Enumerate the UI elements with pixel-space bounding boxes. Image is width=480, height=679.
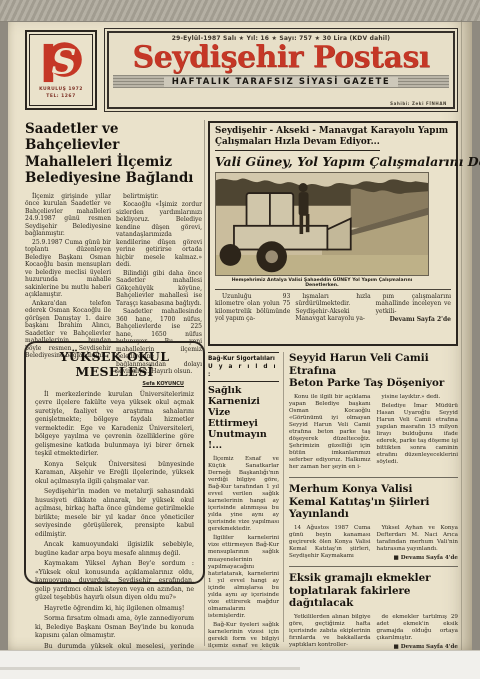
article-ekmek-col2: de ekmekler tartılmış 29 adet ekmek'in e… — [377, 614, 459, 651]
paragraph: Konya Selçuk Üniversitesi bünyesinde Kar… — [35, 461, 194, 486]
headline-line: Seyyid Harun Veli Camii Etrafına — [289, 352, 458, 377]
column-box-title: YÜKSEK OKUL MESELESİ — [35, 349, 194, 379]
photo-caption: Hemşehrimiz Antalya Valisi Şahaeddin GÜN… — [215, 278, 429, 288]
headline-line: Eksik gramajlı ekmekler — [289, 572, 458, 585]
headline-line: Merhum Konya Valisi — [289, 483, 458, 496]
paragraph: lışmaları hızla sürdürülmektedir. Seydiş… — [295, 293, 370, 323]
paragraph: 25.9.1987 Cuma günü bir toplantı düzenle… — [25, 239, 111, 299]
paragraph: İlçemiz Esnaf ve Küçük Sanatkarlar Derne… — [208, 456, 279, 534]
article-saadetler: Saadetler ve Bahçelievler Mahalleleri İl… — [25, 121, 202, 377]
ps-monogram-icon: S — [35, 40, 87, 86]
logo-founded-line1: KURULUŞ 1972 — [39, 87, 83, 93]
column-box-yuksek-okul: YÜKSEK OKUL MESELESİ Sefa KOYUNCU İl mer… — [24, 341, 205, 584]
masthead-logo-inner: S KURULUŞ 1972 TEL: 1267 — [29, 34, 93, 106]
article-road-col2: lışmaları hızla sürdürülmektedir. Seydiş… — [295, 293, 370, 324]
article-saadetler-headline: Saadetler ve Bahçelievler Mahalleleri İl… — [25, 121, 202, 187]
paragraph: Bilindiği gibi daha önce Saadetler mahal… — [116, 270, 202, 308]
page-edge-shadow — [461, 20, 462, 652]
article-ekmek-headline: Eksik gramajlı ekmekler toplatılarak fak… — [289, 572, 458, 610]
kicker-line: U y a r ı l d ı : — [208, 363, 279, 379]
kicker-line: Çalışmaları Hızla Devam Ediyor... — [215, 137, 380, 150]
continued-note: ■ Devamı Sayfa 4'de — [377, 555, 459, 562]
paragraph: pım çalışmalarını mahallinde inceleyen v… — [376, 293, 451, 316]
kicker-line: Bağ-Kur Sigortalıları — [208, 355, 279, 363]
paragraph: Sorma fırsatım olmadı ama, öyle zannediy… — [35, 615, 194, 640]
article-seyyid-headline: Seyyid Harun Veli Camii Etrafına Beton P… — [289, 352, 458, 390]
tagline-band: HAFTALIK TARAFSIZ SİYASİ GAZETE — [113, 75, 449, 88]
masthead-logo-box: S KURULUŞ 1972 TEL: 1267 — [25, 30, 97, 110]
article-bagkur-body: İlçemiz Esnaf ve Küçük Sanatkarlar Derne… — [208, 456, 279, 664]
paragraph: Belediye İmar Müdürü Hasan Uyaroğlu Seyy… — [377, 403, 459, 466]
continued-note: Devamı Sayfa 2'de — [376, 316, 451, 324]
headline-line: Mahalleleri İlçemiz — [25, 154, 202, 170]
newspaper-scan: S KURULUŞ 1972 TEL: 1267 29-Eylül-1987 S… — [0, 0, 480, 679]
paragraph: İlçemiz girişinde yıllar önce kurulan Sa… — [25, 193, 111, 238]
paper-title: Seydişehir Postası — [113, 42, 449, 74]
kicker-line: Seydişehir - Akseki - Manavgat Karayolu … — [215, 126, 451, 137]
column-divider-sub — [283, 352, 284, 642]
headline-line: Belediyesine Bağlandı — [25, 170, 202, 186]
article-road-box: Seydişehir - Akseki - Manavgat Karayolu … — [208, 121, 458, 346]
masthead-banner: 29-Eylül-1987 Salı ★ Yıl: 16 ★ Sayı: 757… — [104, 28, 458, 112]
owner-line: Sahibi: Zeki FİNHAN — [390, 101, 447, 106]
article-road-col3: pım çalışmalarını mahallinde inceleyen v… — [376, 293, 451, 324]
article-seyyid-col2: yisine layıktır.» dedi. Belediye İmar Mü… — [377, 394, 459, 474]
article-merhum: Merhum Konya Valisi Kemal Katıtaş'ın Şii… — [289, 483, 458, 567]
masthead-banner-inner: 29-Eylül-1987 Salı ★ Yıl: 16 ★ Sayı: 757… — [107, 31, 455, 109]
article-road-kicker: Seydişehir - Akseki - Manavgat Karayolu … — [215, 126, 451, 151]
paragraph: Kaymakam Yüksel Ayhan Bey'e sordum : «Yü… — [35, 560, 194, 602]
article-road-col1: Uzunluğu 93 kilometre olan yolun 75 kilo… — [215, 293, 290, 324]
paragraph: İl merkezlerinde kurulan Üniversitelerim… — [35, 391, 194, 459]
right-column: Seyyid Harun Veli Camii Etrafına Beton P… — [289, 352, 458, 660]
paragraph: İlgililer karnelerini vize ettirmeyen Ba… — [208, 535, 279, 620]
paragraph: Yetkililerden alınan bilgiye göre, geçti… — [289, 614, 371, 649]
headline-line: Saadetler ve Bahçelievler — [25, 121, 202, 154]
headline-line: Unutmayın !... — [208, 430, 279, 452]
headline-line: Vize Ettirmeyi — [208, 408, 279, 430]
tagline: HAFTALIK TARAFSIZ SİYASİ GAZETE — [164, 77, 399, 87]
scan-top-band — [0, 0, 480, 22]
headline-line: Kemal Katıtaş'ın Şiirleri Yayınlandı — [289, 496, 458, 521]
article-bagkur: Bağ-Kur Sigortalıları U y a r ı l d ı : … — [208, 352, 279, 666]
article-bagkur-kicker: Bağ-Kur Sigortalıları U y a r ı l d ı : — [208, 352, 279, 382]
article-seyyid-col1: Konu ile ilgili bir açıklama yapan Beled… — [289, 394, 371, 474]
svg-text:S: S — [51, 41, 76, 82]
article-seyyid: Seyyid Harun Veli Camii Etrafına Beton P… — [289, 352, 458, 478]
paragraph: belirtmiştir. — [116, 193, 202, 201]
article-bagkur-headline: Sağlık Karnenizi Vize Ettirmeyi Unutmayı… — [208, 386, 279, 452]
article-ekmek-col1: Yetkililerden alınan bilgiye göre, geçti… — [289, 614, 371, 651]
paragraph: Konu ile ilgili bir açıklama yapan Beled… — [289, 394, 371, 472]
paragraph: Seydişehir'in maden ve metalurji sahasın… — [35, 488, 194, 539]
column-box-body: İl merkezlerinde kurulan Üniversitelerim… — [35, 391, 194, 668]
paragraph: Yüksel Ayhan ve Konya Defterdarı M. Naci… — [377, 525, 459, 553]
article-merhum-col2: Yüksel Ayhan ve Konya Defterdarı M. Naci… — [377, 525, 459, 562]
paragraph: Kocaoğlu «İşimiz zordur sizlerden yardım… — [116, 201, 202, 269]
paragraph: Uzunluğu 93 kilometre olan yolun 75 kilo… — [215, 293, 290, 323]
logo-founded-line2: TEL: 1267 — [46, 94, 75, 100]
paragraph: de ekmekler tartılmış 29 adet ekmek'in e… — [377, 614, 459, 642]
road-inspection-photo — [215, 172, 429, 276]
scan-smudge — [0, 667, 300, 670]
paragraph: Ancak kamuoyundaki ilgisizlik sebebiyle,… — [35, 541, 194, 558]
column-box-byline: Sefa KOYUNCU — [35, 381, 184, 387]
paragraph: 14 Ağustos 1987 Cuma günü beyin kanaması… — [289, 525, 371, 560]
scan-bottom-band — [0, 650, 480, 679]
paragraph: Hayretle öğrendim ki, hiç ilgilenen olma… — [35, 605, 194, 613]
headline-line: Sağlık Karnenizi — [208, 386, 279, 408]
article-road-headline: Vali Güney, Yol Yapım Çalışmalarını Dene… — [215, 154, 451, 169]
article-ekmek: Eksik gramajlı ekmekler toplatılarak fak… — [289, 572, 458, 655]
headline-line: Beton Parke Taş Döşeniyor — [289, 377, 458, 390]
headline-line: toplatılarak fakirlere dağıtılacak — [289, 585, 458, 610]
paragraph: yisine layıktır.» dedi. — [377, 394, 459, 401]
article-merhum-col1: 14 Ağustos 1987 Cuma günü beyin kanaması… — [289, 525, 371, 562]
article-merhum-headline: Merhum Konya Valisi Kemal Katıtaş'ın Şii… — [289, 483, 458, 521]
